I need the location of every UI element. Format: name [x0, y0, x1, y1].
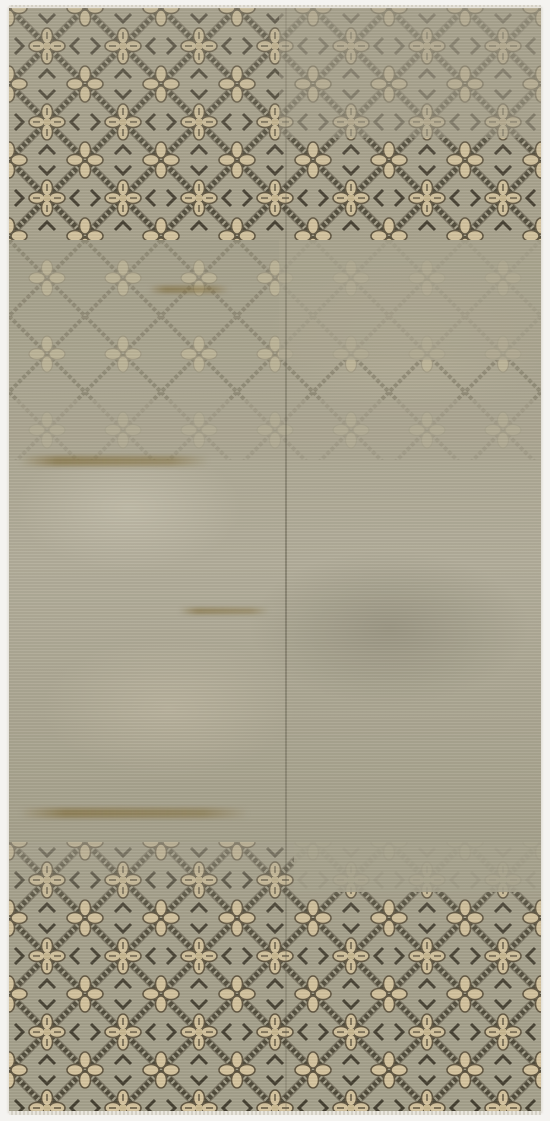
stain-lower — [19, 808, 249, 818]
stain-small — [149, 286, 229, 293]
stain-middle — [179, 608, 269, 614]
bottom-fringe — [9, 1111, 541, 1115]
stain-upper — [19, 456, 209, 466]
faded-pattern-band — [9, 240, 541, 460]
rug — [9, 8, 541, 1112]
center-seam — [285, 8, 287, 1112]
top-pattern-band — [9, 8, 541, 240]
bottom-pattern-band — [9, 842, 541, 1112]
